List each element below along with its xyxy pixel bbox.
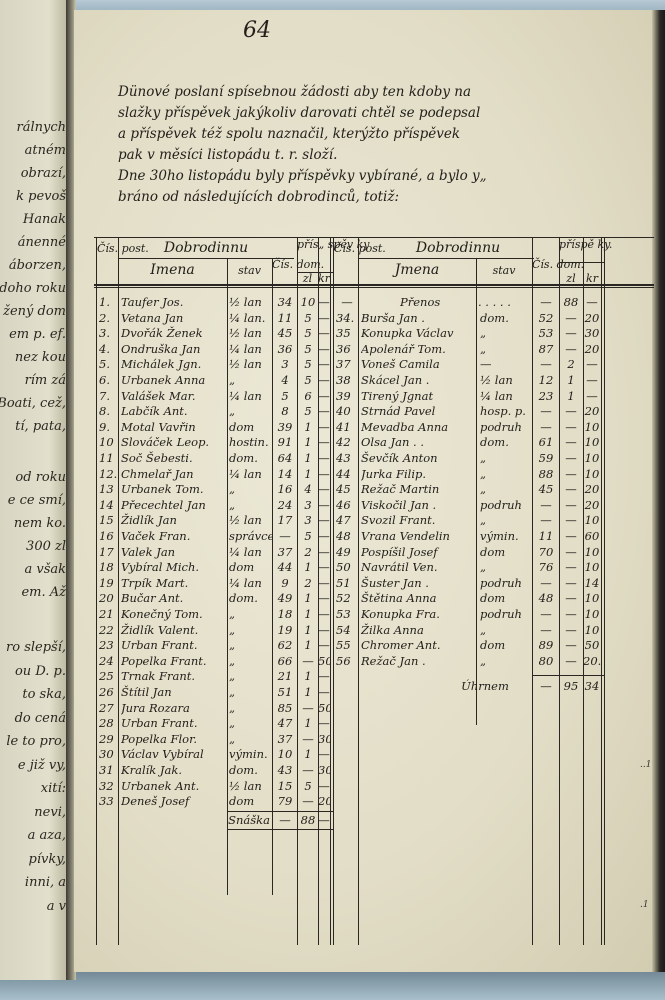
left-page-text-fragment: tí, pata, [15,419,66,434]
donor-name: Ševčík Anton [361,451,476,466]
intro-line: bráno od následujících dobrodinců, totiž… [118,187,638,208]
header-cislo-post: Čís. post. [97,242,118,255]
house-number: 24 [273,498,297,513]
donor-status: výmin. [480,529,532,544]
row-number: — [336,295,358,310]
amount-kr: 20 [583,404,601,419]
amount-kr: 10 [583,420,601,435]
amount-zl: 1 [298,685,318,700]
amount-kr: — [318,779,330,794]
house-number: 59 [533,451,559,466]
donor-name: Přecechtel Jan [121,498,227,513]
amount-kr: — [318,389,330,404]
house-number: 80 [533,654,559,669]
amount-zl: — [559,482,583,497]
row-number: 33 [99,794,118,809]
house-number: 17 [273,513,297,528]
amount-kr: — [318,342,330,357]
amount-kr: 10 [583,560,601,575]
row-number: 25 [99,669,118,684]
house-number: 89 [533,638,559,653]
donor-name: Bučar Ant. [121,591,227,606]
donor-status: podruh [480,607,532,622]
intro-line: pak v měsíci listopádu t. r. složí. [118,145,638,166]
amount-zl: — [559,342,583,357]
house-number: 37 [273,545,297,560]
house-number: 45 [533,482,559,497]
header-jmena: Jmena [358,262,476,278]
intro-paragraph: Dünové poslaní spísebnou žádosti aby ten… [118,82,638,208]
amount-kr: 50 [318,701,330,716]
house-number: 21 [273,669,297,684]
subtotal-rule [227,829,333,830]
donor-status: ¼ lan [229,576,272,591]
amount-kr: — [318,638,330,653]
house-number: 48 [533,591,559,606]
amount-zl: — [559,576,583,591]
donor-status: dom. [229,451,272,466]
row-number: 38 [336,373,358,388]
donor-name: Chmelař Jan [121,467,227,482]
donor-status: „ [229,669,272,684]
house-number: 36 [273,342,297,357]
donor-name: Dvořák Ženek [121,326,227,341]
donor-name: Konupka Václav [361,326,476,341]
subtotal-label: Snáška [200,813,270,828]
amount-zl: 10 [298,295,318,310]
donor-status: „ [229,607,272,622]
donor-name: Urban Frant. [121,716,227,731]
amount-kr: — [318,295,330,310]
amount-zl: 5 [298,342,318,357]
intro-line: slažky příspěvek jakýkoliv darovati chtě… [118,103,638,124]
row-number: 52 [336,591,358,606]
amount-kr: — [318,467,330,482]
subtotal-kr: — [318,813,330,828]
amount-zl: — [559,638,583,653]
intro-line: a příspěvek též spolu naznačil, kterýžto… [118,124,638,145]
donor-status: „ [480,654,532,669]
donor-status: . . . . . [478,295,532,310]
donor-name: Olsa Jan . . [361,435,476,450]
row-number: 13 [99,482,118,497]
house-number: 15 [273,779,297,794]
donor-name: Navrátil Ven. [361,560,476,575]
amount-kr: — [318,716,330,731]
amount-zl: — [559,420,583,435]
house-number: — [533,623,559,638]
donor-status: „ [229,701,272,716]
amount-kr: 14 [583,576,601,591]
margin-mark: ..1 [640,760,651,770]
row-number: 5. [99,357,118,372]
donor-name: Konupka Fra. [361,607,476,622]
amount-kr: 10 [583,591,601,606]
total-kr: 34 [583,679,601,694]
row-number: 39 [336,389,358,404]
donor-name: Chromer Ant. [361,638,476,653]
donor-status: „ [229,498,272,513]
page-number: 64 [243,18,271,43]
row-number: 44 [336,467,358,482]
amount-zl: 1 [298,420,318,435]
donor-status: „ [229,732,272,747]
row-number: 46 [336,498,358,513]
left-page-text-fragment: atném [25,143,66,158]
amount-zl: — [559,529,583,544]
donor-status: ¼ lan. [229,311,272,326]
left-page-text-fragment: a v [47,899,66,914]
amount-zl: 2 [559,357,583,372]
donor-name: Židlík Jan [121,513,227,528]
amount-zl: 5 [298,311,318,326]
amount-kr: — [318,498,330,513]
header-kr: kr [318,272,330,285]
row-number: 42 [336,435,358,450]
donor-status: „ [229,685,272,700]
row-number: 50 [336,560,358,575]
amount-zl: 5 [298,529,318,544]
row-number: 48 [336,529,358,544]
amount-kr: 10 [583,607,601,622]
donor-name: Soč Šebesti. [121,451,227,466]
donor-status: „ [229,404,272,419]
house-number: — [533,498,559,513]
page-edge [652,10,665,972]
house-number: 37 [273,732,297,747]
house-number: 18 [273,607,297,622]
donor-name: Valášek Mar. [121,389,227,404]
house-number: — [533,295,559,310]
amount-kr: — [583,373,601,388]
amount-kr: 20 [583,498,601,513]
row-number: 23 [99,638,118,653]
left-page-text-fragment: žený dom [3,304,66,319]
amount-kr: 10 [583,623,601,638]
row-number: 45 [336,482,358,497]
amount-zl: 1 [559,389,583,404]
donor-status: „ [480,560,532,575]
row-number: 10 [99,435,118,450]
donor-status: dom [229,560,272,575]
amount-kr: — [318,669,330,684]
amount-zl: — [559,467,583,482]
amount-zl: — [559,435,583,450]
amount-kr: — [318,529,330,544]
row-number: 17 [99,545,118,560]
donor-status: dom. [229,763,272,778]
background-bottom [0,970,665,1000]
amount-zl: 1 [298,560,318,575]
row-number: 55 [336,638,358,653]
donor-status: „ [229,654,272,669]
house-number: 44 [273,560,297,575]
row-number: 18 [99,560,118,575]
subtotal-rule [227,811,333,812]
header-prispevek: příspě ky. [559,238,604,251]
donor-name: Urbanek Anna [121,373,227,388]
amount-kr: — [583,295,601,310]
row-number: 14 [99,498,118,513]
amount-zl: — [559,404,583,419]
donor-name: Popelka Flor. [121,732,227,747]
donor-status: „ [229,623,272,638]
donor-name: Konečný Tom. [121,607,227,622]
amount-kr: — [318,607,330,622]
house-number: 8 [273,404,297,419]
amount-zl: — [559,560,583,575]
house-number: 11 [533,529,559,544]
amount-kr: — [318,451,330,466]
donor-name: Vaček Fran. [121,529,227,544]
amount-kr: — [318,357,330,372]
house-number: 45 [273,326,297,341]
amount-kr: 60 [583,529,601,544]
amount-zl: 1 [298,747,318,762]
row-number: 49 [336,545,358,560]
row-number: 35 [336,326,358,341]
amount-kr: 50 [318,654,330,669]
donor-status: ¼ lan [229,467,272,482]
donor-name: Mevadba Anna [361,420,476,435]
amount-kr: — [318,420,330,435]
total-dom: — [533,679,559,694]
row-number: 26 [99,685,118,700]
donor-status: ½ lan [229,779,272,794]
left-page-text-fragment: pívky, [29,852,66,867]
donor-name: Slováček Leop. [121,435,227,450]
donor-name: Režač Jan . [361,654,476,669]
house-number: 34 [273,295,297,310]
amount-kr: — [318,747,330,762]
amount-kr: 20 [583,482,601,497]
house-number: 14 [273,467,297,482]
amount-zl: 5 [298,326,318,341]
donor-name: Trnak Frant. [121,669,227,684]
donor-name: Šuster Jan . [361,576,476,591]
amount-kr: — [318,576,330,591]
amount-kr: — [318,623,330,638]
donor-status: podruh [480,420,532,435]
amount-zl: — [559,623,583,638]
amount-kr: — [318,482,330,497]
donor-status: dom. [480,435,532,450]
left-page-text-fragment: 300 zl [26,539,66,554]
donor-name: Svozil Frant. [361,513,476,528]
amount-kr: 10 [583,435,601,450]
donor-status: ¼ lan [229,342,272,357]
row-number: 27 [99,701,118,716]
left-page-text-fragment: Boati, cež, [0,396,66,411]
donor-name: Burša Jan . [361,311,476,326]
house-number: 88 [533,467,559,482]
donor-status: „ [480,482,532,497]
amount-kr: 30 [583,326,601,341]
row-number: 37 [336,357,358,372]
house-number: 4 [273,373,297,388]
house-number: 87 [533,342,559,357]
amount-kr: — [318,326,330,341]
column-rule [227,258,228,895]
left-page-text-fragment: rím zá [25,373,66,388]
row-number: 20 [99,591,118,606]
donor-name: Valek Jan [121,545,227,560]
left-page-text-fragment: inni, a [25,875,66,890]
house-number: 10 [273,747,297,762]
row-number: 32 [99,779,118,794]
house-number: — [533,420,559,435]
amount-zl: 1 [298,716,318,731]
row-number: 3. [99,326,118,341]
donor-name: Skácel Jan . [361,373,476,388]
subtotal-dom: — [273,813,297,828]
house-number: 91 [273,435,297,450]
donor-status: dom [229,420,272,435]
house-number: 79 [273,794,297,809]
house-number: — [533,513,559,528]
house-number: 12 [533,373,559,388]
amount-zl: — [298,654,318,669]
amount-zl: 1 [298,607,318,622]
amount-kr: — [318,435,330,450]
amount-zl: — [298,701,318,716]
row-number: 51 [336,576,358,591]
amount-zl: — [559,498,583,513]
amount-kr: 10 [583,451,601,466]
row-number: 54 [336,623,358,638]
house-number: 52 [533,311,559,326]
left-page-text-fragment: ou D. p. [15,664,66,679]
house-number: 62 [273,638,297,653]
left-page-text-fragment: ro slepší, [6,640,66,655]
donor-name: Žilka Anna [361,623,476,638]
row-number: 40 [336,404,358,419]
column-rule [96,237,97,945]
amount-zl: 3 [298,513,318,528]
donor-status: „ [229,373,272,388]
house-number: 43 [273,763,297,778]
donor-name: Režač Martin [361,482,476,497]
amount-kr: 20 [583,311,601,326]
donor-status: hostin. [229,435,272,450]
donor-status: — [480,357,532,372]
row-number: 8. [99,404,118,419]
donor-name: Voneš Camila [361,357,476,372]
header-cislo-dom: Čís. dom. [272,258,297,271]
row-number: 30 [99,747,118,762]
donor-name: Urbanek Tom. [121,482,227,497]
amount-zl: 5 [298,779,318,794]
donor-status: „ [229,482,272,497]
amount-kr: 30 [318,732,330,747]
donor-name: Michálek Jgn. [121,357,227,372]
donor-name: Taufer Jos. [121,295,227,310]
house-number: — [533,576,559,591]
donor-name: Štítil Jan [121,685,227,700]
house-number: 39 [273,420,297,435]
left-page-text-fragment: k pevoš [16,189,66,204]
row-number: 16 [99,529,118,544]
donor-name: Urbanek Ant. [121,779,227,794]
donor-status: ¼ lan [229,545,272,560]
donor-status: „ [480,513,532,528]
left-page-text-fragment: ánenné [18,235,66,250]
amount-zl: — [559,451,583,466]
house-number: 11 [273,311,297,326]
amount-zl: 88 [559,295,583,310]
donor-status: ½ lan [229,295,272,310]
amount-zl: 1 [298,435,318,450]
left-page-text-fragment: rálnych [17,120,67,135]
amount-zl: 5 [298,373,318,388]
row-number: 34. [336,311,358,326]
row-number: 19 [99,576,118,591]
left-page-text-fragment: Hanak [23,212,66,227]
column-rule [476,258,477,725]
house-number: 49 [273,591,297,606]
donor-name: Vetana Jan [121,311,227,326]
donor-name: Labčík Ant. [121,404,227,419]
donor-status: podruh [480,498,532,513]
amount-kr: 10 [583,513,601,528]
amount-zl: 4 [298,482,318,497]
house-number: 61 [533,435,559,450]
column-rule [118,237,119,945]
house-number: 85 [273,701,297,716]
donor-status: výmin. [229,747,272,762]
header-dobrodinci: Dobrodinnu [358,240,558,256]
donor-name: Strnád Pavel [361,404,476,419]
donor-status: dom [480,545,532,560]
house-number: 47 [273,716,297,731]
donor-status: „ [480,623,532,638]
house-number: 70 [533,545,559,560]
margin-mark: .1 [640,900,649,910]
left-page-text-fragment: a však [24,562,66,577]
intro-line: Dne 30ho listopádu byly příspěvky vybíra… [118,166,638,187]
donor-name: Kralík Jak. [121,763,227,778]
carry-over-label: Přenos [400,295,476,310]
donor-name: Jurka Filip. [361,467,476,482]
house-number: 16 [273,482,297,497]
donor-status: „ [229,716,272,731]
donor-status: dom. [229,591,272,606]
amount-kr: 50 [583,638,601,653]
row-number: 7. [99,389,118,404]
row-number: 24 [99,654,118,669]
donor-name: Apolenář Tom. [361,342,476,357]
row-number: 11 [99,451,118,466]
donor-status: ¼ lan [480,389,532,404]
row-number: 6. [99,373,118,388]
house-number: 9 [273,576,297,591]
left-page-text-fragment: nez kou [15,350,66,365]
amount-zl: — [559,607,583,622]
amount-kr: — [318,311,330,326]
row-number: 31 [99,763,118,778]
amount-zl: 5 [298,404,318,419]
left-page-text-fragment: le to pro, [6,734,66,749]
amount-kr: — [318,513,330,528]
header-zl: zl [559,272,583,285]
left-page-text-fragment: nem ko. [14,516,66,531]
left-page-text-fragment: e ce smí, [8,493,66,508]
left-page-text-fragment: od roku [15,470,66,485]
amount-kr: — [318,404,330,419]
left-page-text-fragment: a aza, [28,828,66,843]
left-page-text-fragment: nevi, [34,805,66,820]
donor-status: „ [480,342,532,357]
